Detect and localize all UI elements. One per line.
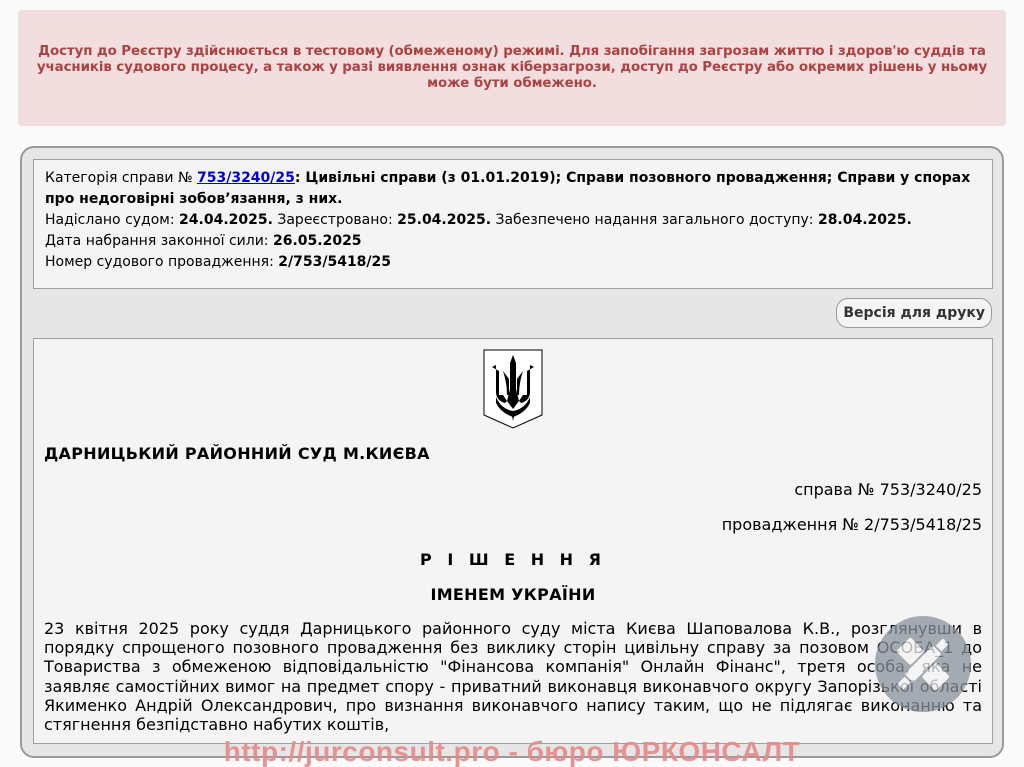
access-value: 28.04.2025. bbox=[818, 212, 912, 228]
registered-label: Зареєстровано: bbox=[273, 212, 397, 228]
decision-document: ДАРНИЦЬКИЙ РАЙОННИЙ СУД М.КИЄВА справа №… bbox=[33, 338, 993, 744]
satellite-icon[interactable] bbox=[873, 614, 973, 714]
sent-label: Надіслано судом: bbox=[45, 212, 179, 228]
access-notice-text: Доступ до Реєстру здійснюється в тестово… bbox=[34, 44, 990, 92]
decision-title: Р І Ш Е Н Н Я bbox=[34, 550, 992, 569]
proceeding-line: Номер судового провадження: 2/753/5418/2… bbox=[45, 252, 981, 273]
case-metadata: Категорія справи № 753/3240/25: Цивільні… bbox=[33, 159, 993, 289]
effective-value: 26.05.2025 bbox=[273, 233, 362, 249]
proceeding-number: провадження № 2/753/5418/25 bbox=[722, 515, 982, 534]
decision-frame: Категорія справи № 753/3240/25: Цивільні… bbox=[20, 146, 1004, 758]
court-name: ДАРНИЦЬКИЙ РАЙОННИЙ СУД М.КИЄВА bbox=[44, 444, 430, 463]
ukraine-coat-of-arms-icon bbox=[483, 349, 543, 429]
sent-value: 24.04.2025. bbox=[179, 212, 273, 228]
dates-line: Надіслано судом: 24.04.2025. Зареєстрова… bbox=[45, 210, 981, 231]
decision-subtitle: ІМЕНЕМ УКРАЇНИ bbox=[34, 585, 992, 604]
proceeding-value: 2/753/5418/25 bbox=[278, 254, 391, 270]
print-version-button[interactable]: Версія для друку bbox=[836, 298, 992, 328]
category-line: Категорія справи № 753/3240/25: Цивільні… bbox=[45, 168, 981, 210]
registered-value: 25.04.2025. bbox=[397, 212, 491, 228]
watermark-link[interactable]: http://jurconsult.pro - бюро ЮРКОНСАЛТ bbox=[0, 736, 1024, 767]
proceeding-label: Номер судового провадження: bbox=[45, 254, 278, 270]
access-label: Забезпечено надання загального доступу: bbox=[491, 212, 818, 228]
case-number: справа № 753/3240/25 bbox=[794, 480, 982, 499]
decision-paragraph: 23 квітня 2025 року суддя Дарницького ра… bbox=[44, 619, 982, 734]
effective-line: Дата набрання законної сили: 26.05.2025 bbox=[45, 231, 981, 252]
category-label: Категорія справи № bbox=[45, 170, 197, 186]
access-notice: Доступ до Реєстру здійснюється в тестово… bbox=[18, 10, 1006, 126]
effective-label: Дата набрання законної сили: bbox=[45, 233, 273, 249]
case-number-link[interactable]: 753/3240/25 bbox=[197, 170, 295, 186]
